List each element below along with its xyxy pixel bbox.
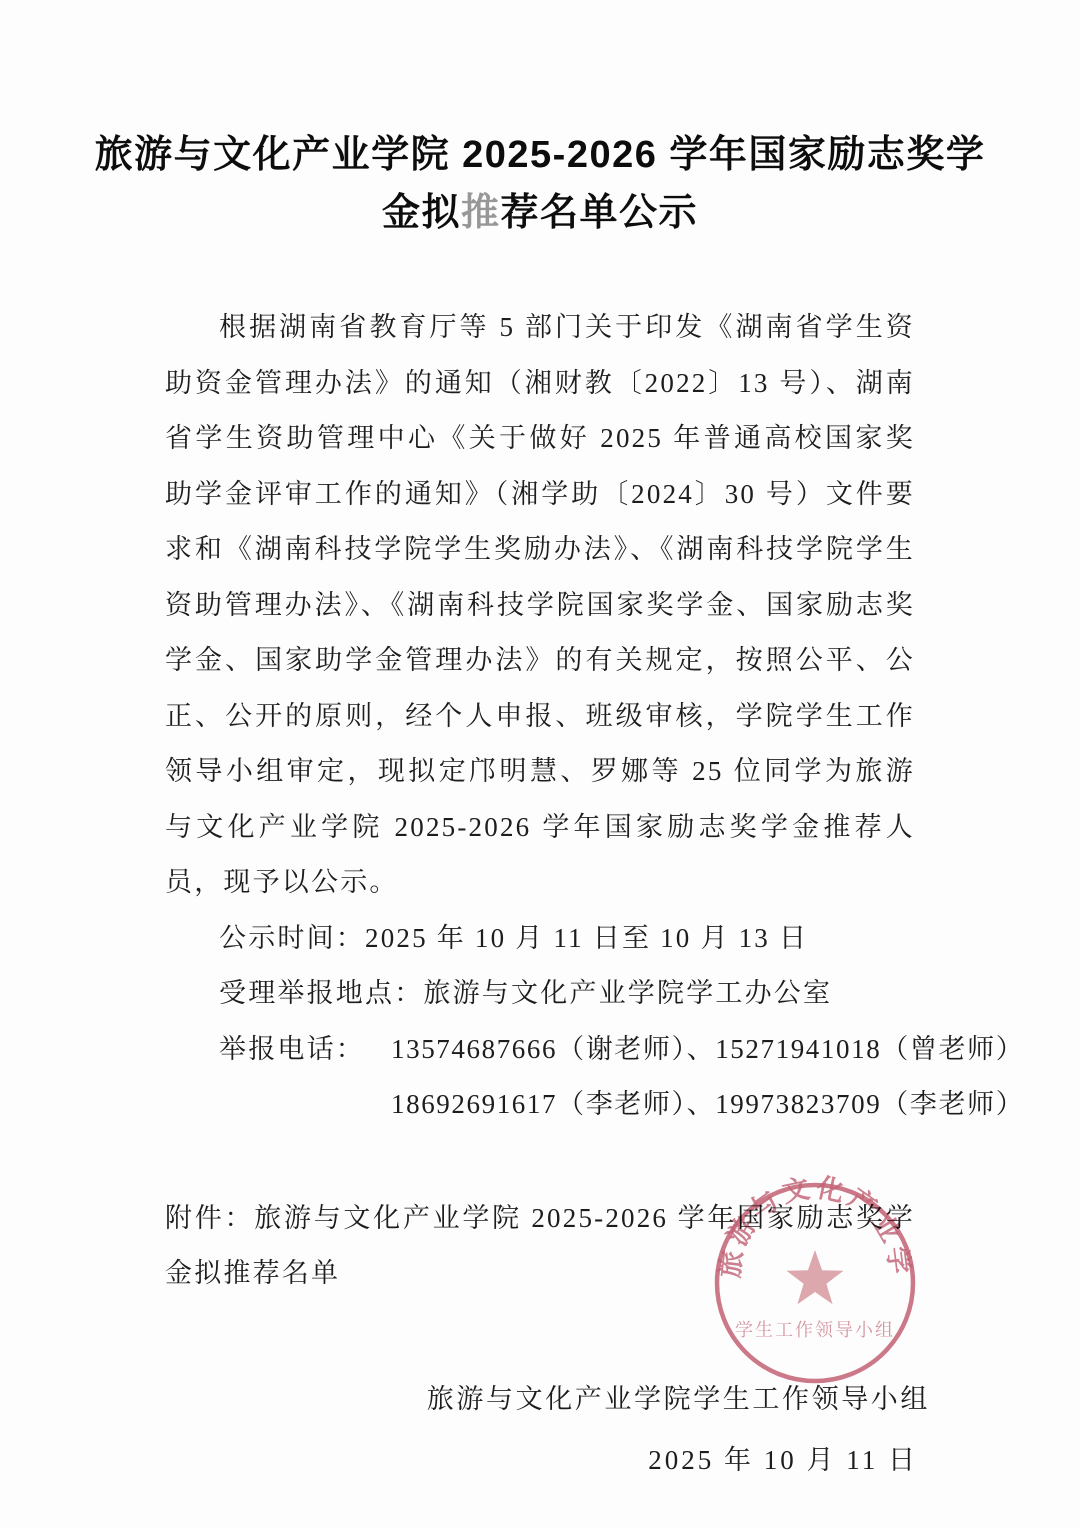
seal-star-icon <box>787 1250 844 1304</box>
phone-lines: 13574687666（谢老师）、15271941018（曾老师） 186926… <box>391 1022 1024 1133</box>
report-phone-row: 举报电话： 13574687666（谢老师）、15271941018（曾老师） … <box>165 1022 915 1133</box>
title-line-1: 旅游与文化产业学院 2025-2026 学年国家励志奖学 <box>0 126 1080 184</box>
phone-line-2: 18692691617（李老师）、19973823709（李老师） <box>391 1077 1024 1133</box>
official-seal: 旅游与文化产业学 学生工作领导小组 <box>694 1162 936 1404</box>
title-inserted-char: 推 <box>461 192 501 234</box>
title-line2-before: 金拟 <box>382 192 461 234</box>
seal-inner-text: 学生工作领导小组 <box>735 1320 895 1340</box>
title-line-2: 金拟推荐名单公示 <box>0 184 1080 242</box>
announcement-page: 旅游与文化产业学院 2025-2026 学年国家励志奖学 金拟推荐名单公示 根据… <box>0 0 1080 1527</box>
phone-label: 举报电话： <box>219 1022 365 1078</box>
phone-line-1: 13574687666（谢老师）、15271941018（曾老师） <box>391 1022 1024 1078</box>
body-paragraph: 根据湖南省教育厅等 5 部门关于印发《湖南省学生资助资金管理办法》的通知（湘财教… <box>165 300 915 911</box>
signature-org: 旅游与文化产业学院学生工作领导小组 <box>0 1372 930 1428</box>
document-body: 根据湖南省教育厅等 5 部门关于印发《湖南省学生资助资金管理办法》的通知（湘财教… <box>165 300 915 1302</box>
publicity-time-line: 公示时间：2025 年 10 月 11 日至 10 月 13 日 <box>165 911 915 967</box>
report-place-line: 受理举报地点：旅游与文化产业学院学工办公室 <box>165 966 915 1022</box>
title-line2-after: 荐名单公示 <box>501 192 699 234</box>
page-title: 旅游与文化产业学院 2025-2026 学年国家励志奖学 金拟推荐名单公示 <box>0 0 1080 242</box>
signature-date: 2025 年 10 月 11 日 <box>0 1433 918 1489</box>
